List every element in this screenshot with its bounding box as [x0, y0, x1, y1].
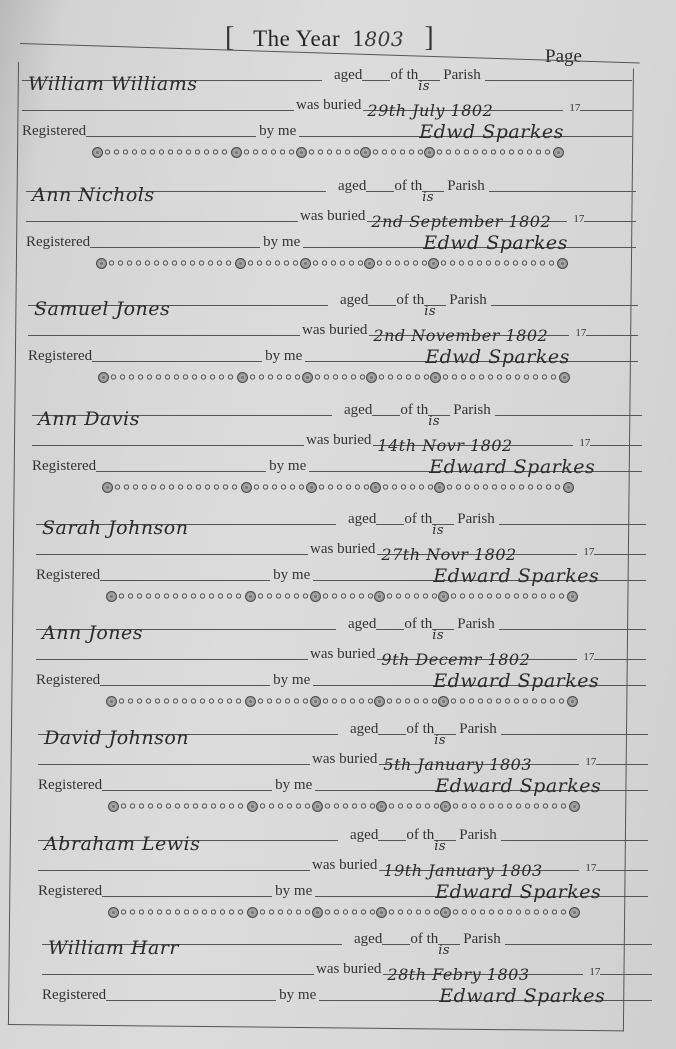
chain-segment — [323, 803, 376, 809]
aged-label: aged — [344, 402, 372, 419]
ornament-knot — [440, 907, 451, 918]
by-me-label: by me — [273, 567, 310, 584]
by-me-label: by me — [265, 348, 302, 365]
registrar-signature: Edward Sparkes — [433, 565, 599, 587]
age-field[interactable] — [366, 190, 394, 192]
ornament-knot — [108, 801, 119, 812]
deceased-name: Abraham Lewis — [44, 833, 200, 855]
registered-date-field[interactable] — [86, 135, 256, 137]
parish-mark-field[interactable]: is — [432, 628, 454, 630]
burial-date-field[interactable]: 5th January 1803 — [379, 763, 579, 765]
entry-burial-line: was buried 9th Decemr 1802 17 — [36, 643, 646, 663]
chain-segment — [387, 803, 440, 809]
year-suffix-field[interactable] — [596, 869, 648, 871]
registered-date-field[interactable] — [90, 246, 260, 248]
ornament-knot — [310, 591, 321, 602]
ornament-knot — [306, 482, 317, 493]
registrar-signature: Edward Sparkes — [429, 456, 595, 478]
ornament-knot — [235, 258, 246, 269]
parish-label: Parish — [443, 67, 481, 84]
ornament-knot — [440, 801, 451, 812]
parish-label: Parish — [459, 721, 497, 738]
year-suffix-field[interactable] — [596, 763, 648, 765]
registered-label: Registered — [32, 458, 96, 475]
ornament-knot — [374, 696, 385, 707]
chain-segment — [242, 149, 295, 155]
age-field[interactable] — [378, 839, 406, 841]
parish-mark: is — [424, 304, 436, 319]
parish-name-field[interactable] — [501, 839, 648, 841]
burial-date-field[interactable]: 19th January 1803 — [379, 869, 579, 871]
registered-label: Registered — [38, 883, 102, 900]
parish-mark: is — [434, 733, 446, 748]
chain-divider — [106, 695, 578, 707]
seventeen-label: 17 — [573, 213, 584, 225]
deceased-name: David Johnson — [44, 727, 189, 749]
ornament-knot — [106, 591, 117, 602]
parish-mark-field[interactable]: is — [422, 190, 444, 192]
registrar-signature: Edwd Sparkes — [423, 232, 568, 254]
ornament-knot — [430, 372, 441, 383]
of-the-label: of th — [400, 402, 428, 419]
chain-segment — [258, 909, 311, 915]
chain-segment — [117, 698, 245, 704]
name-field[interactable]: David Johnson — [38, 733, 338, 735]
chain-segment — [258, 803, 311, 809]
ornament-knot — [245, 591, 256, 602]
burial-entry: Ann Jones aged of th is Parish was burie… — [14, 607, 634, 717]
ornament-knot — [98, 372, 109, 383]
registrar-signature-field[interactable]: Edwd Sparkes — [305, 360, 638, 362]
chain-segment — [387, 909, 440, 915]
burial-entry: Abraham Lewis aged of th is Parish was b… — [16, 818, 636, 928]
register-page: [ The Year 1803 ] Page William Williams … — [0, 0, 676, 1049]
parish-mark: is — [418, 79, 430, 94]
ornament-knot — [376, 907, 387, 918]
chain-segment — [119, 803, 247, 809]
parish-mark: is — [428, 414, 440, 429]
ornament-knot — [360, 147, 371, 158]
burial-date-field[interactable]: 2nd September 1802 — [367, 220, 567, 222]
name-field[interactable]: William Williams — [22, 79, 322, 81]
parish-name-field[interactable] — [485, 79, 632, 81]
entry-registered-line: Registered by me Edwd Sparkes — [26, 231, 636, 251]
year-suffix-field[interactable] — [584, 220, 636, 222]
was-buried-label: was buried — [316, 961, 381, 978]
age-field[interactable] — [376, 628, 404, 630]
parish-mark: is — [432, 628, 444, 643]
chain-segment — [371, 149, 424, 155]
deceased-name: Ann Jones — [42, 622, 143, 644]
registrar-signature-field[interactable]: Edward Sparkes — [315, 895, 648, 897]
parish-mark-field[interactable]: is — [434, 839, 456, 841]
was-buried-label: was buried — [312, 751, 377, 768]
ornament-knot — [312, 907, 323, 918]
entry-burial-line: was buried 14th Novr 1802 17 — [32, 429, 642, 449]
entry-burial-line: was buried 19th January 1803 17 — [38, 854, 648, 874]
chain-segment — [441, 374, 559, 380]
parish-label: Parish — [453, 402, 491, 419]
age-field[interactable] — [378, 733, 406, 735]
registrar-signature: Edward Sparkes — [439, 985, 605, 1007]
burial-date-field[interactable]: 27th Novr 1802 — [377, 553, 577, 555]
registered-label: Registered — [36, 672, 100, 689]
ornament-knot — [237, 372, 248, 383]
entry-burial-line: was buried 2nd September 1802 17 — [26, 205, 636, 225]
entry-registered-line: Registered by me Edward Sparkes — [32, 455, 642, 475]
ornament-knot — [106, 696, 117, 707]
chain-segment — [311, 260, 364, 266]
burial-entry: William Williams aged of th is Parish wa… — [0, 58, 620, 168]
by-me-label: by me — [269, 458, 306, 475]
of-the-label: of th — [406, 721, 434, 738]
registered-label: Registered — [38, 777, 102, 794]
ornament-knot — [296, 147, 307, 158]
parish-mark-field[interactable]: is — [418, 79, 440, 81]
entry-burial-line: was buried 29th July 1802 17 — [22, 94, 632, 114]
chain-segment — [307, 149, 360, 155]
abode-field[interactable] — [42, 973, 314, 975]
burial-date: 19th January 1803 — [383, 861, 542, 880]
ornament-knot — [563, 482, 574, 493]
ornament-knot — [438, 696, 449, 707]
registered-date-field[interactable] — [100, 579, 270, 581]
seventeen-label: 17 — [585, 862, 596, 874]
parish-mark-field[interactable]: is — [434, 733, 456, 735]
of-the-label: of th — [404, 616, 432, 633]
burial-date: 5th January 1803 — [383, 755, 532, 774]
registrar-signature-field[interactable]: Edward Sparkes — [309, 470, 642, 472]
year-suffix-field[interactable] — [580, 109, 632, 111]
seventeen-label: 17 — [583, 651, 594, 663]
ornament-knot — [108, 907, 119, 918]
registered-label: Registered — [28, 348, 92, 365]
ornament-knot — [364, 258, 375, 269]
name-field[interactable]: Sarah Johnson — [36, 523, 336, 525]
of-the-label: of th — [396, 292, 424, 309]
aged-label: aged — [338, 178, 366, 195]
burial-entry: William Harr aged of th is Parish was bu… — [20, 922, 640, 1032]
by-me-label: by me — [263, 234, 300, 251]
ornament-knot — [428, 258, 439, 269]
seventeen-label: 17 — [583, 546, 594, 558]
ornament-knot — [102, 482, 113, 493]
burial-entry: Sarah Johnson aged of th is Parish was b… — [14, 502, 634, 612]
ornament-knot — [370, 482, 381, 493]
chain-divider — [102, 481, 574, 493]
registrar-signature: Edward Sparkes — [433, 670, 599, 692]
year-handwritten: 803 — [364, 27, 404, 51]
deceased-name: Sarah Johnson — [42, 517, 189, 539]
chain-segment — [381, 484, 434, 490]
entry-registered-line: Registered by me Edward Sparkes — [42, 984, 652, 1004]
year-suffix-field[interactable] — [590, 444, 642, 446]
was-buried-label: was buried — [296, 97, 361, 114]
year-title: [ The Year 1803 ] — [225, 22, 434, 54]
deceased-name: Ann Nichols — [32, 184, 155, 206]
chain-segment — [113, 484, 241, 490]
parish-name-field[interactable] — [491, 304, 638, 306]
abode-field[interactable] — [38, 763, 310, 765]
year-print-digit: 1 — [352, 26, 364, 51]
chain-segment — [321, 593, 374, 599]
entry-name-line: Abraham Lewis aged of th is Parish — [38, 824, 648, 844]
burial-date: 14th Novr 1802 — [377, 436, 512, 455]
aged-label: aged — [350, 827, 378, 844]
seventeen-label: 17 — [579, 437, 590, 449]
parish-mark-field[interactable]: is — [432, 523, 454, 525]
burial-date: 27th Novr 1802 — [381, 545, 516, 564]
ornament-knot — [376, 801, 387, 812]
age-field[interactable] — [362, 79, 390, 81]
ornament-knot — [424, 147, 435, 158]
year-suffix-field[interactable] — [600, 973, 652, 975]
abode-field[interactable] — [28, 334, 300, 336]
aged-label: aged — [354, 931, 382, 948]
abode-field[interactable] — [38, 869, 310, 871]
deceased-name: Samuel Jones — [34, 298, 170, 320]
age-field[interactable] — [382, 943, 410, 945]
chain-segment — [246, 260, 299, 266]
name-field[interactable]: Ann Davis — [32, 414, 332, 416]
chain-segment — [435, 149, 553, 155]
ornament-knot — [92, 147, 103, 158]
age-field[interactable] — [376, 523, 404, 525]
parish-name-field[interactable] — [501, 733, 648, 735]
chain-segment — [375, 260, 428, 266]
name-field[interactable]: Abraham Lewis — [38, 839, 338, 841]
ornament-knot — [559, 372, 570, 383]
ornament-knot — [569, 907, 580, 918]
abode-field[interactable] — [26, 220, 298, 222]
chain-segment — [439, 260, 557, 266]
entry-burial-line: was buried 27th Novr 1802 17 — [36, 538, 646, 558]
ornament-knot — [374, 591, 385, 602]
chain-segment — [103, 149, 231, 155]
seventeen-label: 17 — [569, 102, 580, 114]
parish-label: Parish — [457, 511, 495, 528]
ornament-knot — [567, 591, 578, 602]
registrar-signature-field[interactable]: Edward Sparkes — [313, 579, 646, 581]
year-suffix-field[interactable] — [586, 334, 638, 336]
chain-segment — [107, 260, 235, 266]
chain-divider — [108, 906, 580, 918]
entry-name-line: William Williams aged of th is Parish — [22, 64, 632, 84]
registered-date-field[interactable] — [102, 789, 272, 791]
burial-date: 2nd September 1802 — [371, 212, 551, 231]
burial-date: 28th Febry 1803 — [387, 965, 529, 984]
entry-registered-line: Registered by me Edwd Sparkes — [22, 120, 632, 140]
aged-label: aged — [348, 616, 376, 633]
ornament-knot — [231, 147, 242, 158]
chain-divider — [106, 590, 578, 602]
ornament-knot — [300, 258, 311, 269]
registrar-signature-field[interactable]: Edwd Sparkes — [299, 135, 632, 137]
of-the-label: of th — [390, 67, 418, 84]
parish-mark-field[interactable]: is — [424, 304, 446, 306]
burial-entry: Ann Nichols aged of th is Parish was bur… — [4, 169, 624, 279]
registered-date-field[interactable] — [92, 360, 262, 362]
chain-segment — [248, 374, 301, 380]
ornament-knot — [312, 801, 323, 812]
name-field[interactable]: William Harr — [42, 943, 342, 945]
ornament-knot — [557, 258, 568, 269]
chain-segment — [445, 484, 563, 490]
of-the-label: of th — [404, 511, 432, 528]
registered-label: Registered — [42, 987, 106, 1004]
bracket-open: [ — [225, 22, 235, 53]
burial-date-field[interactable]: 14th Novr 1802 — [373, 444, 573, 446]
was-buried-label: was buried — [312, 857, 377, 874]
aged-label: aged — [334, 67, 362, 84]
chain-segment — [252, 484, 305, 490]
chain-segment — [449, 593, 567, 599]
chain-segment — [109, 374, 237, 380]
registered-date-field[interactable] — [100, 684, 270, 686]
parish-name-field[interactable] — [495, 414, 642, 416]
chain-segment — [256, 698, 309, 704]
burial-date: 29th July 1802 — [367, 101, 493, 120]
year-suffix-field[interactable] — [594, 553, 646, 555]
abode-field[interactable] — [32, 444, 304, 446]
year-title-label: The Year — [253, 26, 340, 51]
chain-segment — [119, 909, 247, 915]
deceased-name: Ann Davis — [38, 408, 140, 430]
burial-entry: Ann Davis aged of th is Parish was burie… — [10, 393, 630, 503]
of-the-label: of th — [406, 827, 434, 844]
ornament-knot — [569, 801, 580, 812]
parish-name-field[interactable] — [505, 943, 652, 945]
ornament-knot — [366, 372, 377, 383]
registrar-signature-field[interactable]: Edwd Sparkes — [303, 246, 636, 248]
parish-name-field[interactable] — [489, 190, 636, 192]
name-field[interactable]: Ann Jones — [36, 628, 336, 630]
seventeen-label: 17 — [589, 966, 600, 978]
age-field[interactable] — [368, 304, 396, 306]
parish-mark-field[interactable]: is — [438, 943, 460, 945]
chain-segment — [313, 374, 366, 380]
parish-label: Parish — [447, 178, 485, 195]
entry-name-line: Ann Nichols aged of th is Parish — [26, 175, 636, 195]
registrar-signature-field[interactable]: Edward Sparkes — [315, 789, 648, 791]
abode-field[interactable] — [36, 658, 308, 660]
ornament-knot — [247, 801, 258, 812]
parish-name-field[interactable] — [499, 628, 646, 630]
burial-entry: David Johnson aged of th is Parish was b… — [16, 712, 636, 822]
registrar-signature-field[interactable]: Edward Sparkes — [319, 999, 652, 1001]
entry-name-line: Ann Davis aged of th is Parish — [32, 399, 642, 419]
entry-registered-line: Registered by me Edward Sparkes — [36, 564, 646, 584]
parish-label: Parish — [449, 292, 487, 309]
ornament-knot — [434, 482, 445, 493]
bracket-close: ] — [424, 22, 434, 53]
entry-name-line: Sarah Johnson aged of th is Parish — [36, 508, 646, 528]
registered-date-field[interactable] — [96, 470, 266, 472]
parish-mark-field[interactable]: is — [428, 414, 450, 416]
burial-date-field[interactable]: 2nd November 1802 — [369, 334, 569, 336]
age-field[interactable] — [372, 414, 400, 416]
entry-burial-line: was buried 5th January 1803 17 — [38, 748, 648, 768]
aged-label: aged — [348, 511, 376, 528]
parish-label: Parish — [459, 827, 497, 844]
burial-date: 2nd November 1802 — [373, 326, 548, 345]
deceased-name: William Harr — [48, 937, 179, 959]
of-the-label: of th — [394, 178, 422, 195]
ornament-knot — [438, 591, 449, 602]
chain-segment — [451, 803, 569, 809]
name-field[interactable]: Samuel Jones — [28, 304, 328, 306]
entry-registered-line: Registered by me Edward Sparkes — [38, 774, 648, 794]
registrar-signature-field[interactable]: Edward Sparkes — [313, 684, 646, 686]
parish-mark: is — [434, 839, 446, 854]
registrar-signature: Edward Sparkes — [435, 881, 601, 903]
entry-name-line: Samuel Jones aged of th is Parish — [28, 289, 638, 309]
registrar-signature: Edward Sparkes — [435, 775, 601, 797]
was-buried-label: was buried — [306, 432, 371, 449]
was-buried-label: was buried — [302, 322, 367, 339]
entry-name-line: William Harr aged of th is Parish — [42, 928, 652, 948]
entry-name-line: David Johnson aged of th is Parish — [38, 718, 648, 738]
parish-label: Parish — [457, 616, 495, 633]
burial-date: 9th Decemr 1802 — [381, 650, 530, 669]
by-me-label: by me — [259, 123, 296, 140]
ornament-knot — [247, 907, 258, 918]
by-me-label: by me — [275, 777, 312, 794]
deceased-name: William Williams — [28, 73, 197, 95]
entry-burial-line: was buried 28th Febry 1803 17 — [42, 958, 652, 978]
was-buried-label: was buried — [310, 541, 375, 558]
entry-burial-line: was buried 2nd November 1802 17 — [28, 319, 638, 339]
parish-mark: is — [432, 523, 444, 538]
entry-registered-line: Registered by me Edward Sparkes — [38, 880, 648, 900]
by-me-label: by me — [273, 672, 310, 689]
chain-divider — [96, 257, 568, 269]
aged-label: aged — [340, 292, 368, 309]
chain-segment — [117, 593, 245, 599]
chain-segment — [385, 593, 438, 599]
burial-date-field[interactable]: 9th Decemr 1802 — [377, 658, 577, 660]
registered-date-field[interactable] — [102, 895, 272, 897]
chain-segment — [321, 698, 374, 704]
name-field[interactable]: Ann Nichols — [26, 190, 326, 192]
registered-label: Registered — [22, 123, 86, 140]
seventeen-label: 17 — [585, 756, 596, 768]
burial-entry: Samuel Jones aged of th is Parish was bu… — [6, 283, 626, 393]
entry-registered-line: Registered by me Edwd Sparkes — [28, 345, 638, 365]
parish-mark: is — [438, 943, 450, 958]
chain-segment — [256, 593, 309, 599]
chain-divider — [108, 800, 580, 812]
by-me-label: by me — [279, 987, 316, 1004]
parish-name-field[interactable] — [499, 523, 646, 525]
chain-segment — [317, 484, 370, 490]
registered-label: Registered — [26, 234, 90, 251]
abode-field[interactable] — [36, 553, 308, 555]
parish-mark: is — [422, 190, 434, 205]
year-suffix-field[interactable] — [594, 658, 646, 660]
abode-field[interactable] — [22, 109, 294, 111]
entry-registered-line: Registered by me Edward Sparkes — [36, 669, 646, 689]
burial-date-field[interactable]: 29th July 1802 — [363, 109, 563, 111]
ornament-knot — [96, 258, 107, 269]
ornament-knot — [553, 147, 564, 158]
ornament-knot — [241, 482, 252, 493]
aged-label: aged — [350, 721, 378, 738]
burial-date-field[interactable]: 28th Febry 1803 — [383, 973, 583, 975]
ornament-knot — [245, 696, 256, 707]
registered-date-field[interactable] — [106, 999, 276, 1001]
chain-segment — [451, 909, 569, 915]
